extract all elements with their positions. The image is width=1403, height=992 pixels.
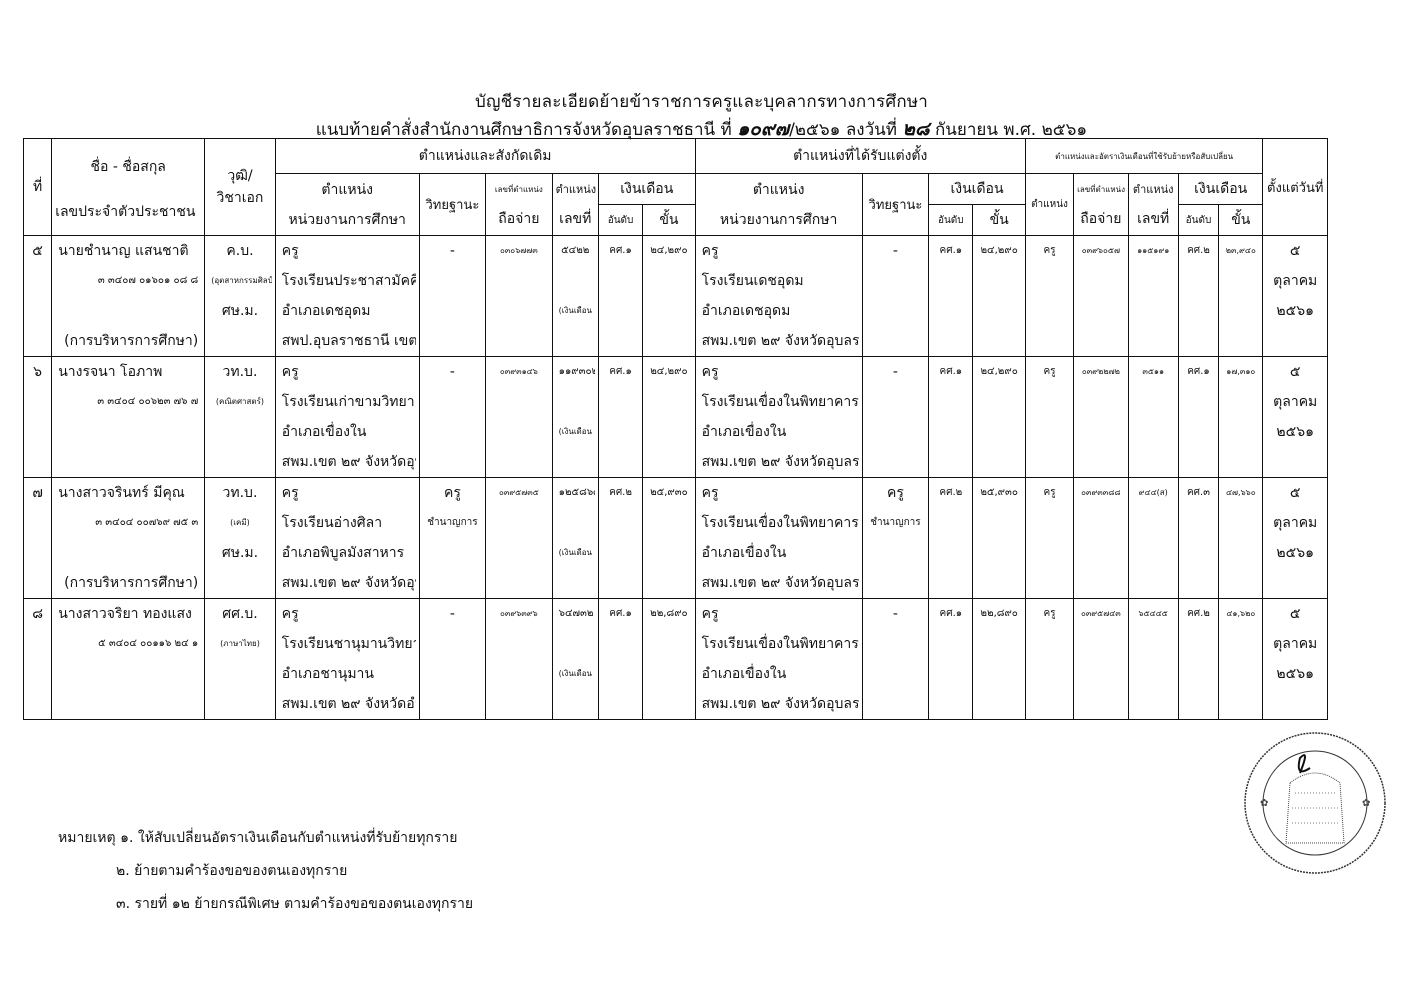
- swap-grade: คศ.๓: [1182, 478, 1215, 508]
- orig-school: โรงเรียนเก่าขามวิทยา: [279, 387, 416, 417]
- orig-grade: คศ.๑: [602, 599, 639, 629]
- header-orig-step: ขั้น: [643, 205, 695, 236]
- new-step: ๒๔,๒๙๐: [976, 236, 1021, 266]
- new-standing-level: [866, 266, 925, 296]
- header-swap-salary: เงินเดือน: [1178, 174, 1263, 205]
- header-swap-grade: อันดับ: [1178, 205, 1218, 236]
- record-name: นางสาวจรินทร์ มีคุณ: [55, 478, 201, 508]
- record-no: ๕: [27, 236, 48, 266]
- swap-grade: คศ.๒: [1182, 236, 1215, 266]
- new-grade: คศ.๑: [932, 599, 969, 629]
- degree-major-2: (การบริหารการศึกษา): [55, 326, 201, 356]
- swap-step: ๔๗,๖๖๐: [1222, 478, 1259, 508]
- degree-major-2: [55, 447, 201, 477]
- effective-year: ๒๕๖๑: [1266, 296, 1324, 326]
- new-office: สพม.เขต ๒๙ จังหวัดอุบลราชธานี: [699, 326, 859, 356]
- document-title: บัญชีรายละเอียดย้ายข้าราชการครูและบุคลาก…: [0, 88, 1403, 115]
- record-name: นางสาวจริยา ทองแสง: [55, 599, 201, 629]
- swap-pay-no: ๐๓๙๒๒๗๒: [1077, 357, 1124, 387]
- orig-step: ๒๒,๘๙๐: [646, 599, 691, 629]
- new-school: โรงเรียนเดชอุดม: [699, 266, 859, 296]
- swap-position: ครู: [1029, 599, 1070, 629]
- new-standing: -: [866, 357, 925, 387]
- swap-pay-no: ๐๓๙๖๐๕๗: [1077, 236, 1124, 266]
- orig-office: สพม.เขต ๒๙ จังหวัดอำนาจเจริญ: [279, 689, 416, 719]
- orig-pay-no: ๐๓๐๖๗๗๓: [489, 236, 548, 266]
- new-school: โรงเรียนเขื่องในพิทยาคาร: [699, 387, 859, 417]
- swap-position: ครู: [1029, 478, 1070, 508]
- header-degree: วุฒิ/ วิชาเอก: [205, 139, 275, 236]
- swap-position: ครู: [1029, 236, 1070, 266]
- record-name: นางรจนา โอภาพ: [55, 357, 201, 387]
- new-district: อำเภอเขื่องใน: [699, 659, 859, 689]
- orig-standing-level: [423, 629, 482, 659]
- note-item: ๓. รายที่ ๑๒ ย้ายกรณีพิเศษ ตามคำร้องขอขอ…: [58, 888, 473, 921]
- new-standing: -: [866, 236, 925, 266]
- degree-major-1: (ภาษาไทย): [208, 629, 271, 659]
- orig-district: อำเภอชานุมาน: [279, 659, 416, 689]
- record-name: นายชำนาญ แสนชาติ: [55, 236, 201, 266]
- new-office: สพม.เขต ๒๙ จังหวัดอุบลราชธานี: [699, 568, 859, 598]
- header-orig-group: ตำแหน่งและสังกัดเดิม: [275, 139, 695, 174]
- note-item: ๒. ย้ายตามคำร้องขอของตนเองทุกราย: [58, 855, 473, 888]
- header-new-position: ตำแหน่ง หน่วยงานการศึกษา: [695, 174, 862, 236]
- orig-grade: คศ.๑: [602, 357, 639, 387]
- header-orig-salary: เงินเดือน: [598, 174, 695, 205]
- degree-major-1: (เคมี): [208, 508, 271, 538]
- degree-1: ค.บ.: [208, 236, 271, 266]
- table-row: ๗นางสาวจรินทร์ มีคุณ๓ ๓๔๐๔ ๐๐๗๖๙ ๗๕ ๓(กา…: [24, 478, 1328, 599]
- header-new-salary: เงินเดือน: [929, 174, 1026, 205]
- effective-day: ๕: [1266, 236, 1324, 266]
- new-office: สพม.เขต ๒๙ จังหวัดอุบลราชธานี: [699, 689, 859, 719]
- orig-office: สพม.เขต ๒๙ จังหวัดอุบลราชธานี: [279, 568, 416, 598]
- header-swap-position: ตำแหน่ง: [1025, 174, 1073, 236]
- orig-school: โรงเรียนประชาสามัคคี: [279, 266, 416, 296]
- orig-standing: -: [423, 236, 482, 266]
- orig-position: ครู: [279, 236, 416, 266]
- swap-pay-no: ๐๓๙๕๗๔๓: [1077, 599, 1124, 629]
- order-number: ๑๐๙๗: [737, 118, 789, 140]
- header-swap-pos-no: ตำแหน่ง เลขที่: [1128, 174, 1178, 236]
- citizen-id: ๕ ๓๔๐๔ ๐๐๑๑๖ ๒๔ ๑: [55, 629, 201, 659]
- orig-pay-no: ๐๓๙๓๑๔๖: [489, 357, 548, 387]
- header-effective-date: ตั้งแต่วันที่: [1263, 139, 1328, 236]
- salary-note: (เงินเดือน ณ ๑ เมษายน ๒๕๖๑): [556, 659, 595, 689]
- new-position: ครู: [699, 236, 859, 266]
- orig-position: ครู: [279, 357, 416, 387]
- degree-major-1: (อุตสาหกรรมศิลป์): [208, 266, 271, 296]
- header-orig-standing: วิทยฐานะ: [419, 174, 485, 236]
- effective-year: ๒๕๖๑: [1266, 417, 1324, 447]
- new-position: ครู: [699, 599, 859, 629]
- record-no: ๘: [27, 599, 48, 629]
- orig-standing-level: [423, 266, 482, 296]
- swap-step: ๑๗,๓๑๐: [1222, 357, 1259, 387]
- degree-2: [208, 417, 271, 447]
- salary-note: (เงินเดือน ณ ๑ เมษายน ๒๕๖๑): [556, 417, 595, 447]
- header-name: ชื่อ - ชื่อสกุล เลขประจำตัวประชาชน: [52, 139, 205, 236]
- orig-position: ครู: [279, 478, 416, 508]
- header-swap-group: ตำแหน่งและอัตราเงินเดือนที่ใช้รับย้ายหรื…: [1025, 139, 1263, 174]
- orig-school: โรงเรียนอ่างศิลา: [279, 508, 416, 538]
- new-standing-level: ชำนาญการ: [866, 508, 925, 538]
- new-grade: คศ.๑: [932, 236, 969, 266]
- orig-district: อำเภอเดชอุดม: [279, 296, 416, 326]
- effective-month: ตุลาคม: [1266, 629, 1324, 659]
- orig-pos-no: ๑๑๙๓๐๒: [556, 357, 595, 387]
- official-seal-icon: ✿ ✿: [1240, 728, 1390, 878]
- header-orig-pos-no: ตำแหน่ง เลขที่: [552, 174, 598, 236]
- record-no: ๗: [27, 478, 48, 508]
- new-school: โรงเรียนเขื่องในพิทยาคาร: [699, 629, 859, 659]
- degree-1: ศศ.บ.: [208, 599, 271, 629]
- svg-text:✿: ✿: [1362, 798, 1370, 809]
- orig-standing: -: [423, 357, 482, 387]
- new-district: อำเภอเขื่องใน: [699, 538, 859, 568]
- swap-pos-no: ๙๔๔(ส): [1132, 478, 1175, 508]
- note-item: ๑. ให้สับเปลี่ยนอัตราเงินเดือนกับตำแหน่ง…: [120, 830, 457, 846]
- orig-office: สพป.อุบลราชธานี เขต ๕: [279, 326, 416, 356]
- orig-district: อำเภอพิบูลมังสาหาร: [279, 538, 416, 568]
- orig-standing: -: [423, 599, 482, 629]
- header-swap-step: ขั้น: [1219, 205, 1263, 236]
- transfer-table: ที่ ชื่อ - ชื่อสกุล เลขประจำตัวประชาชน ว…: [23, 138, 1328, 720]
- header-no: ที่: [24, 139, 52, 236]
- new-school: โรงเรียนเขื่องในพิทยาคาร: [699, 508, 859, 538]
- new-standing-level: [866, 629, 925, 659]
- new-district: อำเภอเขื่องใน: [699, 417, 859, 447]
- new-grade: คศ.๒: [932, 478, 969, 508]
- new-step: ๒๔,๒๙๐: [976, 357, 1021, 387]
- subtitle-prefix: แนบท้ายคำสั่งสำนักงานศึกษาธิการจังหวัดอุ…: [316, 120, 732, 140]
- date-day: ๒๘: [902, 118, 929, 140]
- new-standing-level: [866, 387, 925, 417]
- header-swap-pay-no: เลขที่ตำแหน่ง ถือจ่าย: [1074, 174, 1128, 236]
- orig-pos-no: ๕๔๒๒: [556, 236, 595, 266]
- orig-pos-no: ๑๒๕๘๖๓: [556, 478, 595, 508]
- degree-major-1: (คณิตศาสตร์): [208, 387, 271, 417]
- new-standing: -: [866, 599, 925, 629]
- swap-pay-no: ๐๓๙๓๓๘๘: [1077, 478, 1124, 508]
- new-step: ๒๒,๘๙๐: [976, 599, 1021, 629]
- degree-1: วท.บ.: [208, 357, 271, 387]
- orig-step: ๒๕,๙๓๐: [646, 478, 691, 508]
- orig-pay-no: ๐๓๙๕๗๓๕: [489, 478, 548, 508]
- header-orig-grade: อันดับ: [598, 205, 642, 236]
- effective-year: ๒๕๖๑: [1266, 538, 1324, 568]
- new-office: สพม.เขต ๒๙ จังหวัดอุบลราชธานี: [699, 447, 859, 477]
- orig-district: อำเภอเขื่องใน: [279, 417, 416, 447]
- orig-pos-no: ๖๔๗๓๒: [556, 599, 595, 629]
- salary-note: (เงินเดือน ณ ๑ เมษายน ๒๕๖๑): [556, 296, 595, 326]
- salary-note: (เงินเดือน ณ ๑ เมษายน ๒๕๖๑): [556, 538, 595, 568]
- swap-grade: คศ.๑: [1182, 357, 1215, 387]
- new-grade: คศ.๑: [932, 357, 969, 387]
- degree-major-2: [55, 689, 201, 719]
- new-district: อำเภอเดชอุดม: [699, 296, 859, 326]
- order-year: /๒๕๖๑: [789, 120, 840, 140]
- date-label: ลงวันที่: [846, 120, 897, 140]
- degree-2: ศษ.ม.: [208, 296, 271, 326]
- effective-day: ๕: [1266, 599, 1324, 629]
- orig-step: ๒๔,๒๙๐: [646, 236, 691, 266]
- orig-standing-level: [423, 387, 482, 417]
- svg-text:✿: ✿: [1260, 798, 1268, 809]
- effective-month: ตุลาคม: [1266, 508, 1324, 538]
- new-step: ๒๕,๙๓๐: [976, 478, 1021, 508]
- degree-2: [208, 659, 271, 689]
- orig-grade: คศ.๑: [602, 236, 639, 266]
- record-no: ๖: [27, 357, 48, 387]
- new-position: ครู: [699, 478, 859, 508]
- swap-step: ๒๓,๙๔๐: [1222, 236, 1259, 266]
- new-standing: ครู: [866, 478, 925, 508]
- swap-grade: คศ.๒: [1182, 599, 1215, 629]
- effective-month: ตุลาคม: [1266, 266, 1324, 296]
- table-row: ๘นางสาวจริยา ทองแสง๕ ๓๔๐๔ ๐๐๑๑๖ ๒๔ ๑ศศ.บ…: [24, 599, 1328, 720]
- degree-1: วท.บ.: [208, 478, 271, 508]
- effective-day: ๕: [1266, 357, 1324, 387]
- swap-pos-no: ๓๕๑๑: [1132, 357, 1175, 387]
- header-new-standing: วิทยฐานะ: [862, 174, 928, 236]
- degree-major-2: (การบริหารการศึกษา): [55, 568, 201, 598]
- citizen-id: ๓ ๓๔๐๔ ๐๐๖๒๓ ๗๖ ๗: [55, 387, 201, 417]
- orig-position: ครู: [279, 599, 416, 629]
- notes-label: หมายเหตุ: [58, 830, 116, 846]
- orig-pay-no: ๐๓๙๖๓๙๖: [489, 599, 548, 629]
- citizen-id: ๓ ๓๔๐๔ ๐๐๗๖๙ ๗๕ ๓: [55, 508, 201, 538]
- header-new-step: ขั้น: [973, 205, 1025, 236]
- header-orig-position: ตำแหน่ง หน่วยงานการศึกษา: [275, 174, 419, 236]
- header-orig-pay-no: เลขที่ตำแหน่ง ถือจ่าย: [486, 174, 552, 236]
- new-position: ครู: [699, 357, 859, 387]
- header-new-group: ตำแหน่งที่ได้รับแต่งตั้ง: [695, 139, 1025, 174]
- orig-office: สพม.เขต ๒๙ จังหวัดอุบลราชธานี: [279, 447, 416, 477]
- orig-grade: คศ.๒: [602, 478, 639, 508]
- table-row: ๕นายชำนาญ แสนชาติ๓ ๓๔๐๗ ๐๑๖๐๑ ๐๘ ๘(การบร…: [24, 236, 1328, 357]
- date-month-year: กันยายน พ.ศ. ๒๕๖๑: [935, 120, 1087, 140]
- orig-school: โรงเรียนชานุมานวิทยาคม: [279, 629, 416, 659]
- swap-position: ครู: [1029, 357, 1070, 387]
- degree-2: ศษ.ม.: [208, 538, 271, 568]
- notes-section: หมายเหตุ ๑. ให้สับเปลี่ยนอัตราเงินเดือนก…: [58, 822, 473, 921]
- swap-pos-no: ๖๕๔๔๕: [1132, 599, 1175, 629]
- orig-standing-level: ชำนาญการ: [423, 508, 482, 538]
- effective-year: ๒๕๖๑: [1266, 659, 1324, 689]
- effective-month: ตุลาคม: [1266, 387, 1324, 417]
- table-row: ๖นางรจนา โอภาพ๓ ๓๔๐๔ ๐๐๖๒๓ ๗๖ ๗วท.บ.(คณิ…: [24, 357, 1328, 478]
- header-new-grade: อันดับ: [929, 205, 973, 236]
- effective-day: ๕: [1266, 478, 1324, 508]
- citizen-id: ๓ ๓๔๐๗ ๐๑๖๐๑ ๐๘ ๘: [55, 266, 201, 296]
- orig-standing: ครู: [423, 478, 482, 508]
- swap-pos-no: ๑๑๕๑๙๑: [1132, 236, 1175, 266]
- orig-step: ๒๔,๒๙๐: [646, 357, 691, 387]
- swap-step: ๔๑,๖๒๐: [1222, 599, 1259, 629]
